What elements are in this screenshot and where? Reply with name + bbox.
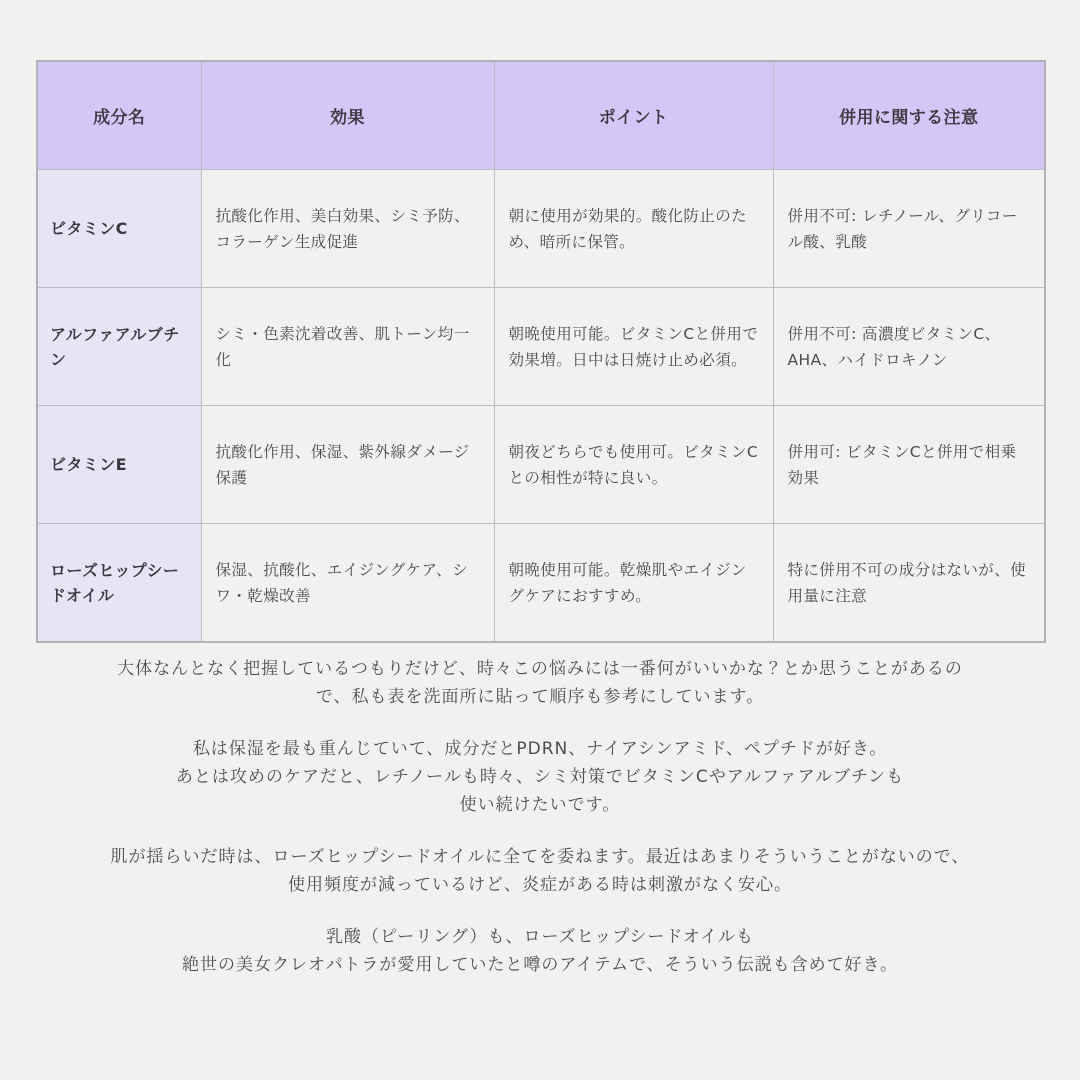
table-row-vitamin-e: ビタミンE 抗酸化作用、保湿、紫外線ダメージ保護 朝夜どちらでも使用可。ビタミン… [37,406,1045,524]
cell-effect: 抗酸化作用、保湿、紫外線ダメージ保護 [201,406,494,524]
cell-ingredient: ビタミンE [37,406,201,524]
ingredient-comparison-table: 成分名 効果 ポイント 併用に関する注意 ビタミンC 抗酸化作用、美白効果、シミ… [36,60,1046,643]
cell-point: 朝に使用が効果的。酸化防止のため、暗所に保管。 [494,170,773,288]
cell-point: 朝晩使用可能。乾燥肌やエイジングケアにおすすめ。 [494,524,773,643]
header-effect: 効果 [201,61,494,170]
table-header-row: 成分名 効果 ポイント 併用に関する注意 [37,61,1045,170]
cell-ingredient: ビタミンC [37,170,201,288]
note-paragraph-4: 乳酸（ピーリング）も、ローズヒップシードオイルも 絶世の美女クレオパトラが愛用し… [60,923,1020,979]
cell-point: 朝晩使用可能。ビタミンCと併用で効果増。日中は日焼け止め必須。 [494,288,773,406]
note-paragraph-2: 私は保湿を最も重んじていて、成分だとPDRN、ナイアシンアミド、ペプチドが好き。… [60,735,1020,819]
cell-ingredient: ローズヒップシードオイル [37,524,201,643]
table-row-rosehip-seed-oil: ローズヒップシードオイル 保湿、抗酸化、エイジングケア、シワ・乾燥改善 朝晩使用… [37,524,1045,643]
cell-caution: 併用可: ビタミンCと併用で相乗効果 [773,406,1045,524]
note-paragraph-1: 大体なんとなく把握しているつもりだけど、時々この悩みには一番何がいいかな？とか思… [60,655,1020,711]
notes-block: 大体なんとなく把握しているつもりだけど、時々この悩みには一番何がいいかな？とか思… [0,655,1080,1003]
cell-effect: 保湿、抗酸化、エイジングケア、シワ・乾燥改善 [201,524,494,643]
header-ingredient-name: 成分名 [37,61,201,170]
table-row-vitamin-c: ビタミンC 抗酸化作用、美白効果、シミ予防、コラーゲン生成促進 朝に使用が効果的… [37,170,1045,288]
cell-caution: 特に併用不可の成分はないが、使用量に注意 [773,524,1045,643]
cell-caution: 併用不可: レチノール、グリコール酸、乳酸 [773,170,1045,288]
note-paragraph-3: 肌が揺らいだ時は、ローズヒップシードオイルに全てを委ねます。最近はあまりそういう… [60,843,1020,899]
cell-effect: シミ・色素沈着改善、肌トーン均一化 [201,288,494,406]
header-caution: 併用に関する注意 [773,61,1045,170]
header-point: ポイント [494,61,773,170]
table-row-alpha-arbutin: アルファアルブチン シミ・色素沈着改善、肌トーン均一化 朝晩使用可能。ビタミンC… [37,288,1045,406]
cell-caution: 併用不可: 高濃度ビタミンC、AHA、ハイドロキノン [773,288,1045,406]
infographic-canvas: 成分名 効果 ポイント 併用に関する注意 ビタミンC 抗酸化作用、美白効果、シミ… [0,0,1080,1080]
cell-effect: 抗酸化作用、美白効果、シミ予防、コラーゲン生成促進 [201,170,494,288]
cell-ingredient: アルファアルブチン [37,288,201,406]
cell-point: 朝夜どちらでも使用可。ビタミンCとの相性が特に良い。 [494,406,773,524]
